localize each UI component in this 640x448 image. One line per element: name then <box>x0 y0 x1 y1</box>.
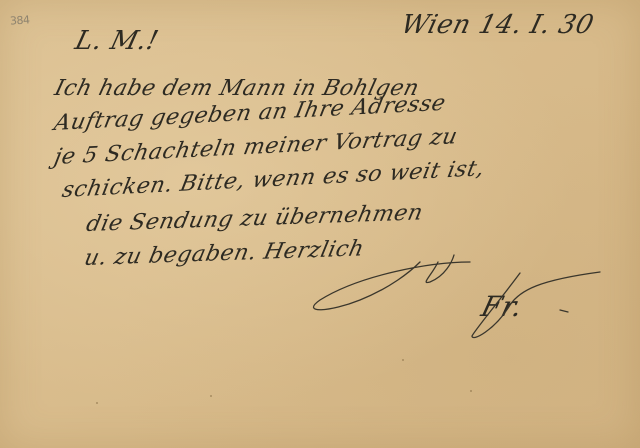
salutation: L. M.! <box>72 26 162 56</box>
paper-speck <box>210 395 212 397</box>
postcard: 384 L. M.! Wien 14. I. 30 Ich habe dem M… <box>0 0 640 448</box>
paper-speck <box>96 402 98 404</box>
place-date: Wien 14. I. 30 <box>398 10 597 40</box>
paper-speck <box>470 390 472 392</box>
paper-speck <box>402 359 404 361</box>
archive-number: 384 <box>10 13 30 27</box>
body-line-6: u. zu begaben. Herzlich <box>82 236 366 271</box>
signature: Fr. <box>478 290 526 323</box>
body-line-5: die Sendung zu übernehmen <box>84 200 425 237</box>
